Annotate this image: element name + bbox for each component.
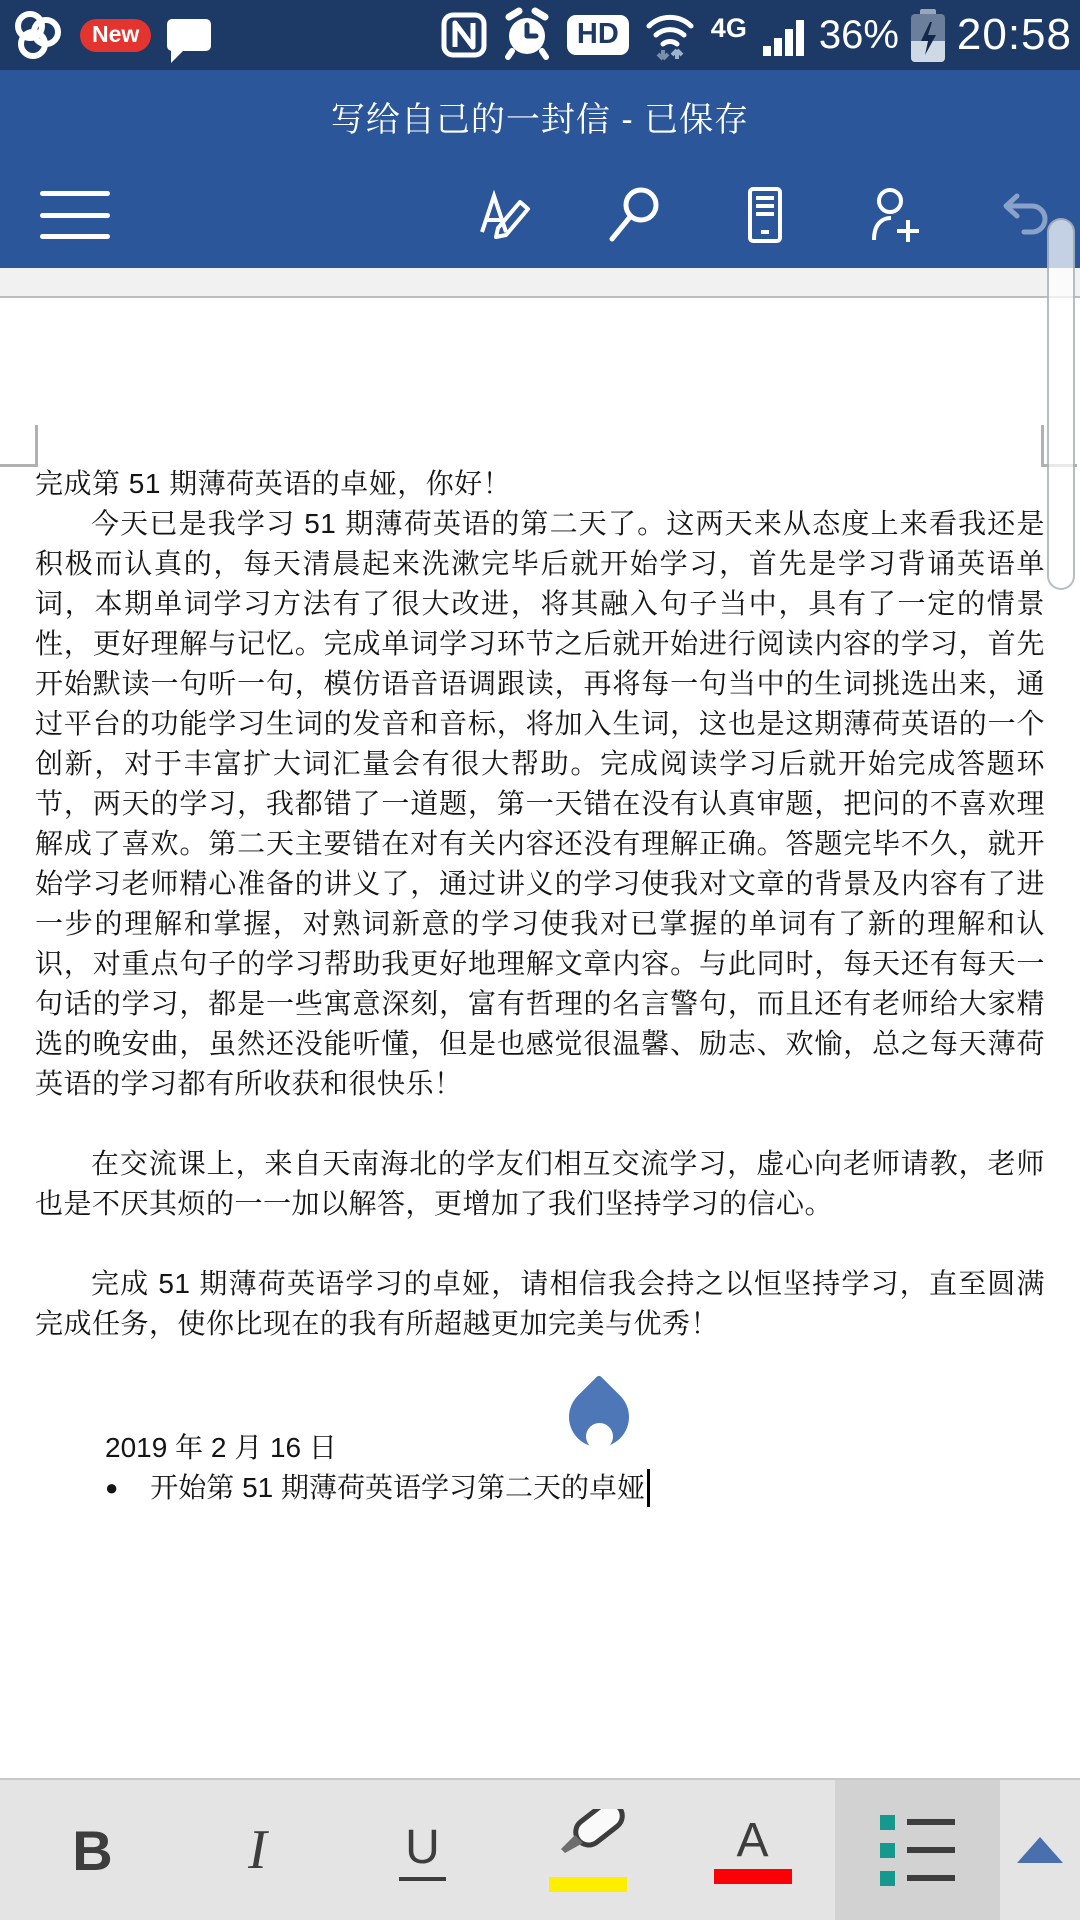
bullet-marker: ● [105,1468,118,1508]
format-icon [474,184,536,246]
document-title: 写给自己的一封信 - 已保存 [331,92,749,141]
highlight-color-bar [549,1877,627,1892]
paragraph-2: 在交流课上，来自天南海北的学友们相互交流学习，虚心向老师请教，老师也是不厌其烦的… [35,1144,1045,1224]
paragraph-1: 今天已是我学习 51 期薄荷英语的第二天了。这两天来从态度上来看我还是积极而认真… [35,504,1045,1104]
document-canvas[interactable]: 完成第 51 期薄荷英语的卓娅，你好！ 今天已是我学习 51 期薄荷英语的第二天… [0,298,1080,1776]
menu-icon[interactable] [40,191,110,239]
formatting-toolbar: B I U A [0,1778,1080,1920]
battery-percent-label: 36% [819,13,899,58]
new-notification-badge: New [80,19,151,52]
bullet-item-text: 开始第 51 期薄荷英语学习第二天的卓娅 [150,1468,645,1508]
share-button[interactable] [864,184,926,246]
highlighter-icon [547,1809,629,1873]
mobile-view-icon [734,184,796,246]
document-body[interactable]: 完成第 51 期薄荷英语的卓娅，你好！ 今天已是我学习 51 期薄荷英语的第二天… [35,464,1045,1508]
search-button[interactable] [604,184,666,246]
text-cursor [647,1469,650,1507]
signal-bars-icon [759,10,807,60]
search-icon [604,184,666,246]
clock-label: 20:58 [957,10,1072,60]
status-right-group: HD 4G 36% [441,6,1072,64]
bullet-list-icon [880,1815,955,1886]
battery-charging-icon [911,9,945,62]
italic-button[interactable]: I [175,1780,340,1920]
alarm-icon [499,7,555,63]
bullet-list-button[interactable] [835,1780,1000,1920]
share-person-icon [864,184,926,246]
status-bar: New HD 4G [0,0,1080,70]
bold-button[interactable]: B [10,1780,175,1920]
page-top-margin [0,268,1080,298]
bullet-list-item: ● 开始第 51 期薄荷英语学习第二天的卓娅 [105,1468,1045,1508]
app-cluster-logo-icon [12,9,64,61]
app-toolbar [0,162,1080,268]
nfc-icon [441,9,487,61]
font-color-button[interactable]: A [670,1780,835,1920]
wifi-icon [641,6,699,64]
scrollbar-thumb[interactable] [1047,218,1075,590]
word-mobile-app: New HD 4G [0,0,1080,1920]
font-color-bar [714,1869,792,1884]
status-left-group: New [12,9,211,61]
greeting-line: 完成第 51 期薄荷英语的卓娅，你好！ [35,464,1045,504]
title-bar: 写给自己的一封信 - 已保存 [0,70,1080,162]
chat-bubble-icon [167,19,211,51]
network-type-label: 4G [711,13,747,58]
cursor-drag-handle-hole [586,1423,613,1450]
hd-voice-badge: HD [567,15,629,55]
underline-button[interactable]: U [340,1780,505,1920]
margin-corner-left [0,425,38,467]
collapse-arrow-icon [1017,1837,1063,1863]
paragraph-3: 完成 51 期薄荷英语学习的卓娅，请相信我会持之以恒坚持学习，直至圆满完成任务，… [35,1264,1045,1344]
format-button[interactable] [474,184,536,246]
collapse-arrow-button[interactable] [1000,1780,1080,1920]
mobile-view-button[interactable] [734,184,796,246]
highlight-button[interactable] [505,1780,670,1920]
